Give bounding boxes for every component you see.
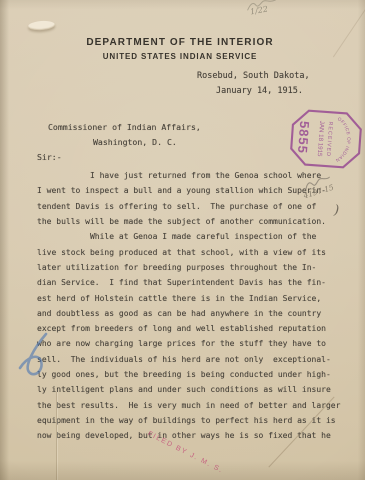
received-stamp-graphic: OFFICE OF INDIAN AFFAIRS RECEIVED JAN 18…: [288, 108, 364, 171]
letterhead-department: DEPARTMENT OF THE INTERIOR: [30, 37, 330, 48]
typed-line: tendent Davis is offering to sell. The p…: [37, 199, 357, 214]
place-line: Rosebud, South Dakota,: [197, 71, 310, 81]
date-line: January 14, 1915.: [216, 86, 303, 96]
typed-line: equipment in the way of buildings to per…: [37, 413, 357, 428]
typed-line: ly good ones, but the breeding is being …: [37, 367, 357, 382]
received-stamp-number: 5855: [295, 120, 312, 154]
typed-line: who are now charging large prices for th…: [37, 336, 357, 351]
typed-line: except from breeders of long and well es…: [37, 321, 357, 336]
received-stamp-date: JAN 18 1915: [316, 121, 326, 158]
addressee-line-2: Washington, D. C.: [93, 137, 177, 147]
typed-line: and doubtless as good as can be had anyw…: [37, 306, 357, 321]
typed-line: live stock being produced at that school…: [37, 245, 357, 260]
letterhead: DEPARTMENT OF THE INTERIOR UNITED STATES…: [30, 37, 330, 61]
pencil-paren: ): [333, 203, 339, 218]
typed-line: ly intelligent plans and under such cond…: [37, 382, 357, 397]
typed-line: While at Genoa I made careful inspection…: [37, 229, 357, 244]
received-stamp-received-label: RECEIVED: [325, 121, 333, 157]
salutation: Sir:-: [37, 152, 62, 162]
pencil-note-topright: 1/22: [249, 5, 268, 17]
typed-line: now being developed, but in other ways h…: [37, 428, 357, 443]
blue-crayon-mark-icon: [16, 328, 64, 382]
typed-line: the bulls will be made the subject of an…: [37, 214, 357, 229]
addressee-line-1: Commissioner of Indian Affairs,: [48, 122, 201, 132]
scanned-letter-page: DEPARTMENT OF THE INTERIOR UNITED STATES…: [0, 0, 365, 480]
letterhead-service: UNITED STATES INDIAN SERVICE: [30, 52, 330, 61]
letter-body: I have just returned from the Genoa scho…: [37, 168, 357, 444]
typed-line: sell. The individuals of his herd are no…: [37, 352, 357, 367]
typed-line: later utilization for breeding purposes …: [37, 260, 357, 275]
typed-line: dian Service. I find that Superintendent…: [37, 275, 357, 290]
crease-line: [333, 9, 365, 58]
paper-tear: [28, 20, 56, 31]
received-stamp: OFFICE OF INDIAN AFFAIRS RECEIVED JAN 18…: [288, 108, 364, 171]
typed-line: the best results. He is very much in nee…: [37, 398, 357, 413]
typed-line: est herd of Holstein cattle there is in …: [37, 291, 357, 306]
